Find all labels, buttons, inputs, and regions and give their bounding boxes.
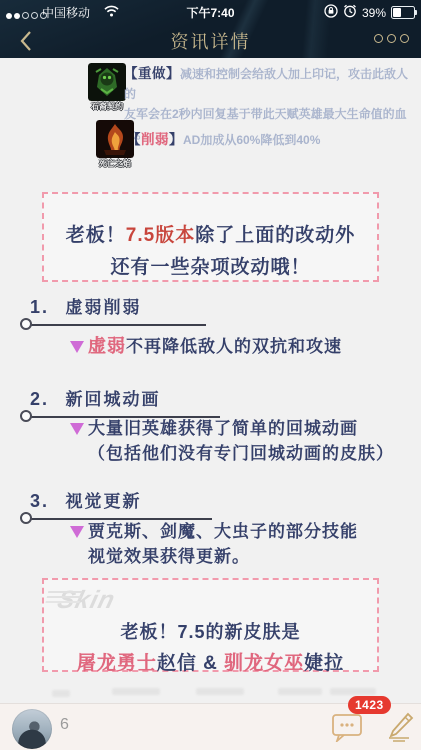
article-content: 石裔契约 【重做】减速和控制会给敌人加上印记，攻击此敌人的 友军会在2秒内回复基…	[0, 58, 421, 703]
status-right-cluster: 39%	[324, 4, 415, 21]
callout-box-misc-changes: 老板！7.5版本除了上面的改动外 还有一些杂项改动哦！	[42, 192, 379, 282]
section-bullet-1: 虚弱不再降低敌人的双抗和攻速	[70, 334, 342, 359]
skin-name-highlight: 屠龙勇士	[77, 653, 157, 674]
change-desc-line1: AD加成从60%降低到40%	[183, 133, 320, 147]
comment-count-label: 6	[60, 716, 69, 734]
bullet-triangle-icon	[70, 341, 84, 353]
section-heading-2: 2. 新回城动画	[24, 385, 220, 418]
callout-line1: 老板！7.5版本除了上面的改动外	[44, 220, 377, 247]
status-bar: 中国移动 下午7:40	[0, 0, 421, 22]
heading-dot-cap	[20, 512, 32, 524]
alarm-clock-icon	[343, 4, 357, 21]
battery-percent-label: 39%	[362, 6, 386, 20]
skin-name-highlight: 驯龙女巫	[224, 653, 304, 674]
comments-button[interactable]	[330, 712, 364, 742]
section-heading-1: 1. 虚弱削弱	[24, 293, 206, 326]
change-tag: 削弱	[141, 132, 169, 147]
more-options-button[interactable]	[374, 34, 409, 43]
orientation-lock-icon	[324, 4, 338, 21]
section-heading-3: 3. 视觉更新	[24, 487, 212, 520]
patch-version-highlight: 7.5版本	[126, 225, 195, 246]
battery-icon	[391, 6, 415, 19]
section-bullet-2: 大量旧英雄获得了简单的回城动画 （包括他们没有专门回城动画的皮肤）	[70, 416, 394, 466]
bullet-triangle-icon	[70, 423, 84, 435]
callout-box-new-skins: Skin 老板！7.5的新皮肤是 屠龙勇士赵信 & 驯龙女巫婕拉	[42, 578, 379, 672]
header: 中国移动 下午7:40	[0, 0, 421, 58]
bottom-toolbar: 6 1423	[0, 703, 421, 750]
skin-watermark: Skin	[54, 586, 118, 615]
heading-dot-cap	[20, 318, 32, 330]
skins-line2: 屠龙勇士赵信 & 驯龙女巫婕拉	[44, 648, 377, 675]
skins-line1: 老板！7.5的新皮肤是	[44, 618, 377, 644]
user-avatar[interactable]	[12, 709, 52, 749]
callout-line2: 还有一些杂项改动哦！	[44, 252, 377, 279]
change-tag: 重做	[138, 66, 166, 81]
stoneborn-pact-icon	[88, 63, 126, 101]
app-screen: 中国移动 下午7:40	[0, 0, 421, 750]
nav-bar: 资讯详情	[0, 22, 421, 58]
section-bullet-3: 贾克斯、剑魔、大虫子的部分技能 视觉效果获得更新。	[70, 519, 358, 569]
heading-dot-cap	[20, 410, 32, 422]
mastery-item-text: 【削弱】AD加成从60%降低到40%	[127, 130, 407, 150]
mastery-name-label: 死亡之焰	[88, 158, 142, 169]
bullet-triangle-icon	[70, 526, 84, 538]
page-title: 资讯详情	[0, 28, 421, 54]
compose-pencil-button[interactable]	[384, 712, 414, 742]
